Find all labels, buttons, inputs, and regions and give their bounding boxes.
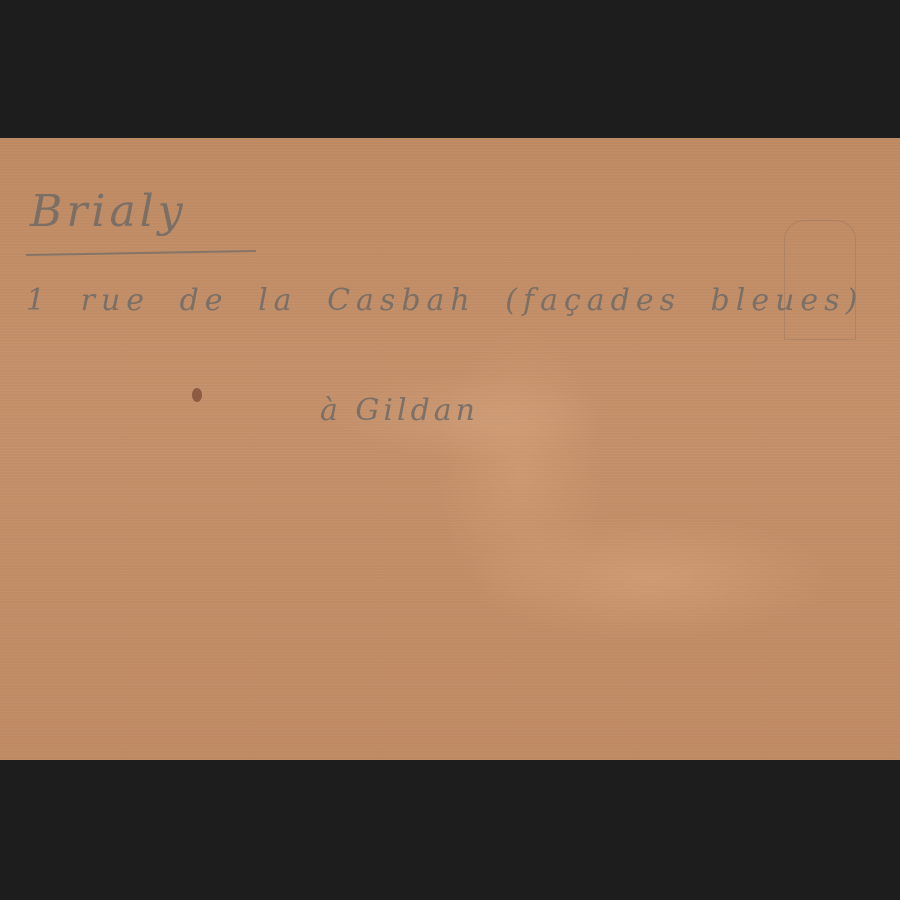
- inscription-dedication: à Gildan: [320, 393, 479, 428]
- faint-pencil-rectangle: [784, 220, 856, 340]
- inscription-name: Brialy: [30, 186, 187, 237]
- cardboard-panel: Brialy 1 rue de la Casbah (façades bleue…: [0, 138, 900, 760]
- inscription-address: 1 rue de la Casbah (façades bleues): [26, 283, 863, 318]
- name-underline: [26, 250, 256, 256]
- stain-mark: [192, 388, 202, 402]
